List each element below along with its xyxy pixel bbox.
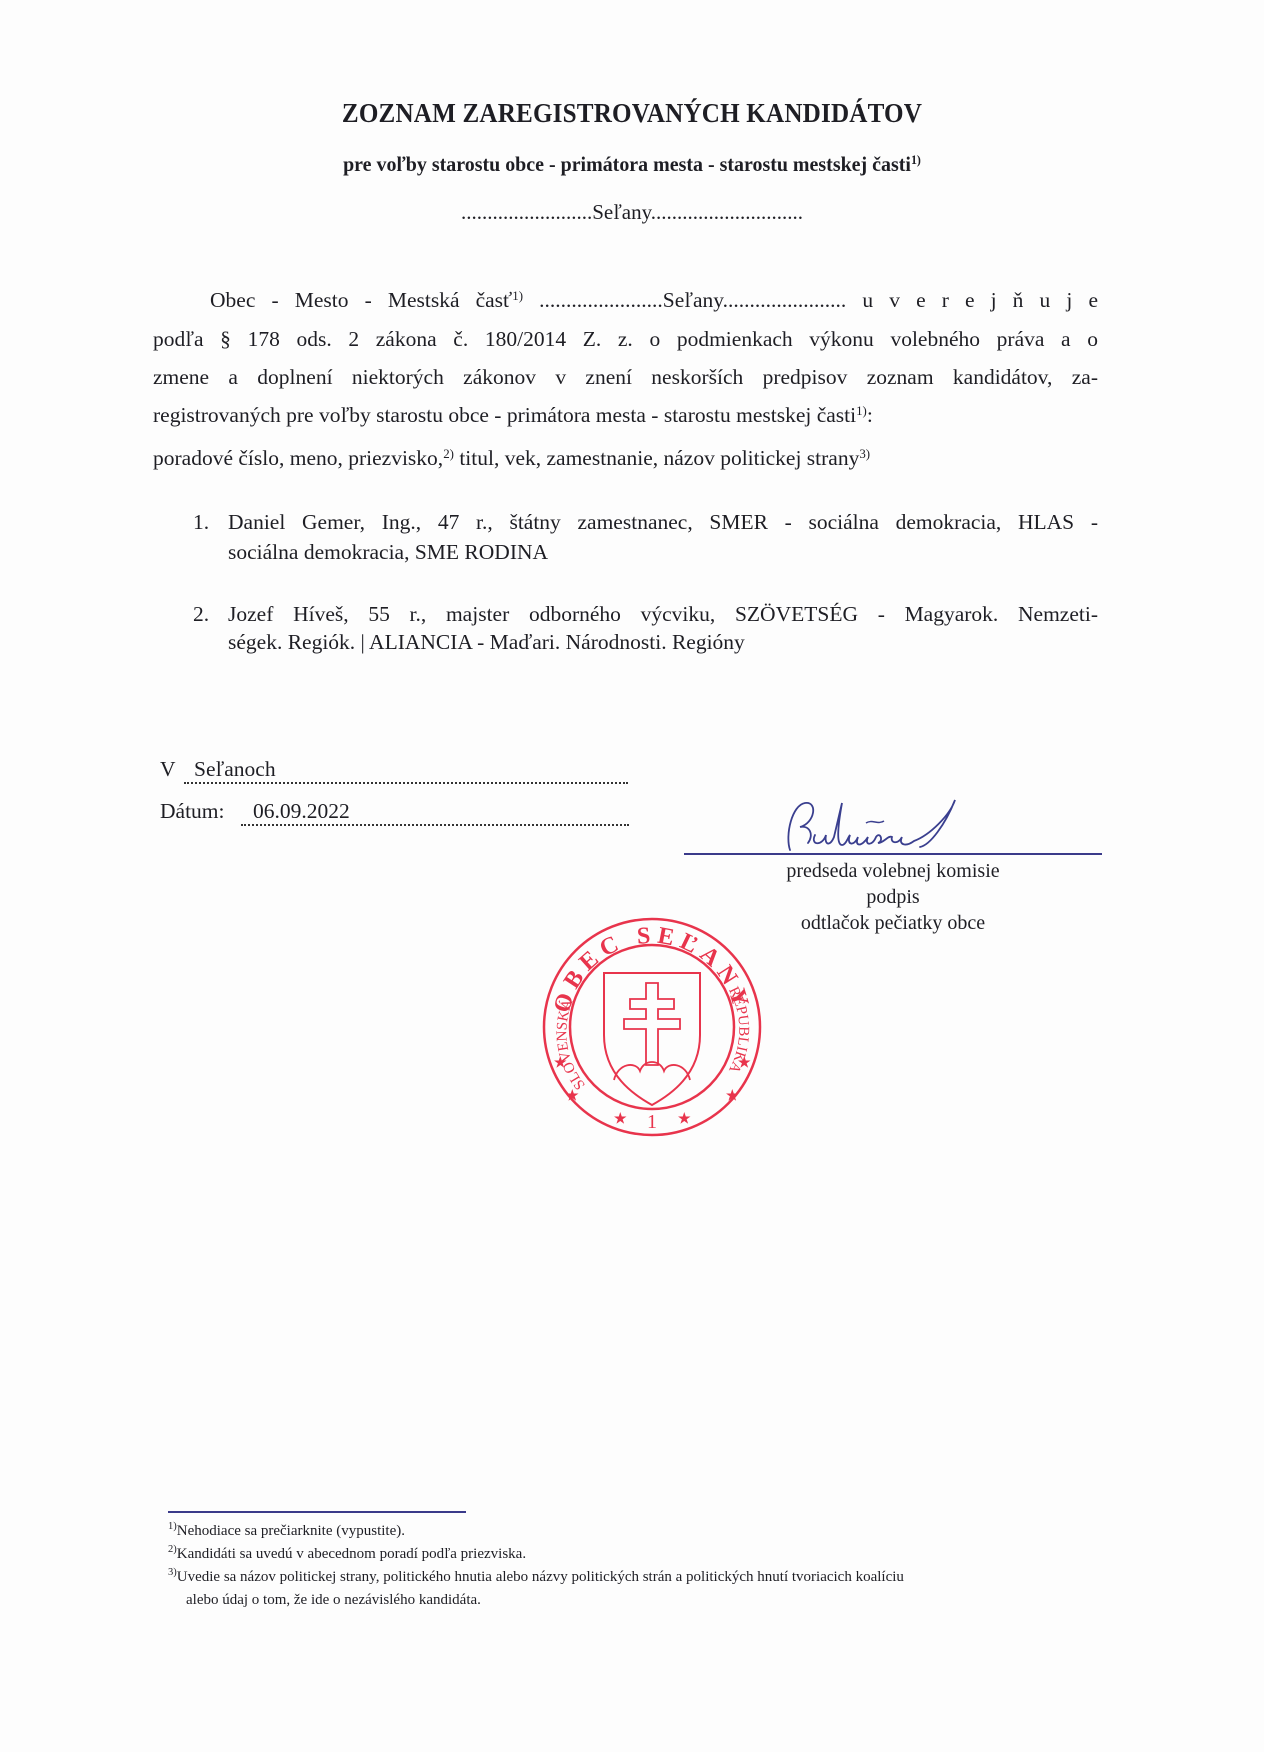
municipality-line: .........................Seľany.........… bbox=[0, 200, 1264, 225]
footnote-3: 3)Uvedie sa názov politickej strany, pol… bbox=[168, 1569, 904, 1586]
place-label: V bbox=[160, 757, 176, 782]
candidate-line-2: sociálna demokracia, SME RODINA bbox=[228, 540, 548, 565]
signature-line bbox=[684, 853, 1102, 855]
intro-line-3: zmene a doplnení niektorých zákonov v zn… bbox=[153, 365, 1098, 390]
candidate-line-2: ségek. Regiók. | ALIANCIA - Maďari. Náro… bbox=[228, 630, 745, 655]
footnote-ref: 1) bbox=[856, 404, 867, 418]
footnote-mark: 3) bbox=[168, 1567, 177, 1578]
intro-line-4: registrovaných pre voľby starostu obce -… bbox=[153, 403, 1098, 428]
intro-prefix: Obec - Mesto - Mestská časť bbox=[210, 288, 512, 312]
intro-verb: u v e r e j ň u j e bbox=[862, 288, 1098, 312]
signature-caption: podpis bbox=[684, 884, 1102, 910]
svg-text:★: ★ bbox=[566, 1088, 579, 1104]
footnote-ref: 1) bbox=[911, 153, 921, 167]
footnote-ref: 3) bbox=[859, 447, 870, 461]
footnote-ref: 1) bbox=[512, 289, 523, 303]
candidate-line-1: Daniel Gemer, Ing., 47 r., štátny zamest… bbox=[228, 510, 1098, 535]
svg-text:OBEC SEĽANY: OBEC SEĽANY bbox=[549, 923, 755, 1016]
signature-image bbox=[780, 795, 960, 857]
stamp-outer-text: OBEC SEĽANY bbox=[549, 923, 755, 1016]
signature-role: predseda volebnej komisie bbox=[684, 858, 1102, 884]
intro-line-4-text: registrovaných pre voľby starostu obce -… bbox=[153, 403, 856, 427]
candidate-number: 2. bbox=[193, 602, 209, 627]
place-value: Seľanoch bbox=[194, 757, 276, 781]
candidate-line-1: Jozef Híveš, 55 r., majster odborného vý… bbox=[228, 602, 1098, 627]
intro-line-1: Obec - Mesto - Mestská časť1) ..........… bbox=[153, 288, 1098, 313]
footnote-ref: 2) bbox=[443, 447, 454, 461]
date-field: 06.09.2022 bbox=[241, 799, 629, 826]
svg-text:1: 1 bbox=[647, 1111, 657, 1133]
footnote-text: alebo údaj o tom, že ide o nezávislého k… bbox=[186, 1592, 481, 1608]
date-label: Dátum: bbox=[160, 799, 225, 824]
place-field: Seľanoch bbox=[184, 757, 628, 784]
date-value: 06.09.2022 bbox=[253, 799, 350, 823]
footnote-text: Uvedie sa názov politickej strany, polit… bbox=[177, 1569, 904, 1585]
footnote-mark: 2) bbox=[168, 1544, 177, 1555]
svg-text:★: ★ bbox=[738, 1055, 751, 1071]
punctuation: : bbox=[867, 403, 873, 427]
fields-description: poradové číslo, meno, priezvisko,2) titu… bbox=[153, 446, 1098, 471]
footnote-text: Kandidáti sa uvedú v abecednom poradí po… bbox=[177, 1546, 526, 1562]
svg-text:★: ★ bbox=[726, 1088, 739, 1104]
intro-place: .......................Seľany...........… bbox=[539, 288, 846, 312]
intro-line-2: podľa § 178 ods. 2 zákona č. 180/2014 Z.… bbox=[153, 327, 1098, 352]
footnote-mark: 1) bbox=[168, 1521, 177, 1532]
footnote-separator bbox=[168, 1511, 466, 1513]
document-subtitle: pre voľby starostu obce - primátora mest… bbox=[32, 152, 1233, 177]
svg-text:★: ★ bbox=[614, 1111, 627, 1127]
svg-text:★: ★ bbox=[678, 1111, 691, 1127]
candidate-number: 1. bbox=[193, 510, 209, 535]
footnote-2: 2)Kandidáti sa uvedú v abecednom poradí … bbox=[168, 1546, 526, 1563]
footnote-text: Nehodiace sa prečiarknite (vypustite). bbox=[177, 1523, 405, 1539]
footnote-3-continued: alebo údaj o tom, že ide o nezávislého k… bbox=[186, 1592, 481, 1609]
footnote-1: 1)Nehodiace sa prečiarknite (vypustite). bbox=[168, 1523, 405, 1540]
fields-part2: titul, vek, zamestnanie, názov politicke… bbox=[454, 446, 859, 470]
svg-text:★: ★ bbox=[554, 1055, 567, 1071]
subtitle-text: pre voľby starostu obce - primátora mest… bbox=[343, 152, 911, 176]
municipal-stamp: OBEC SEĽANY SLOVENSKÁ REPUBLIKA 1 ★ ★ ★ … bbox=[540, 915, 764, 1139]
fields-part1: poradové číslo, meno, priezvisko, bbox=[153, 446, 443, 470]
document-title: ZOZNAM ZAREGISTROVANÝCH KANDIDÁTOV bbox=[44, 98, 1220, 129]
